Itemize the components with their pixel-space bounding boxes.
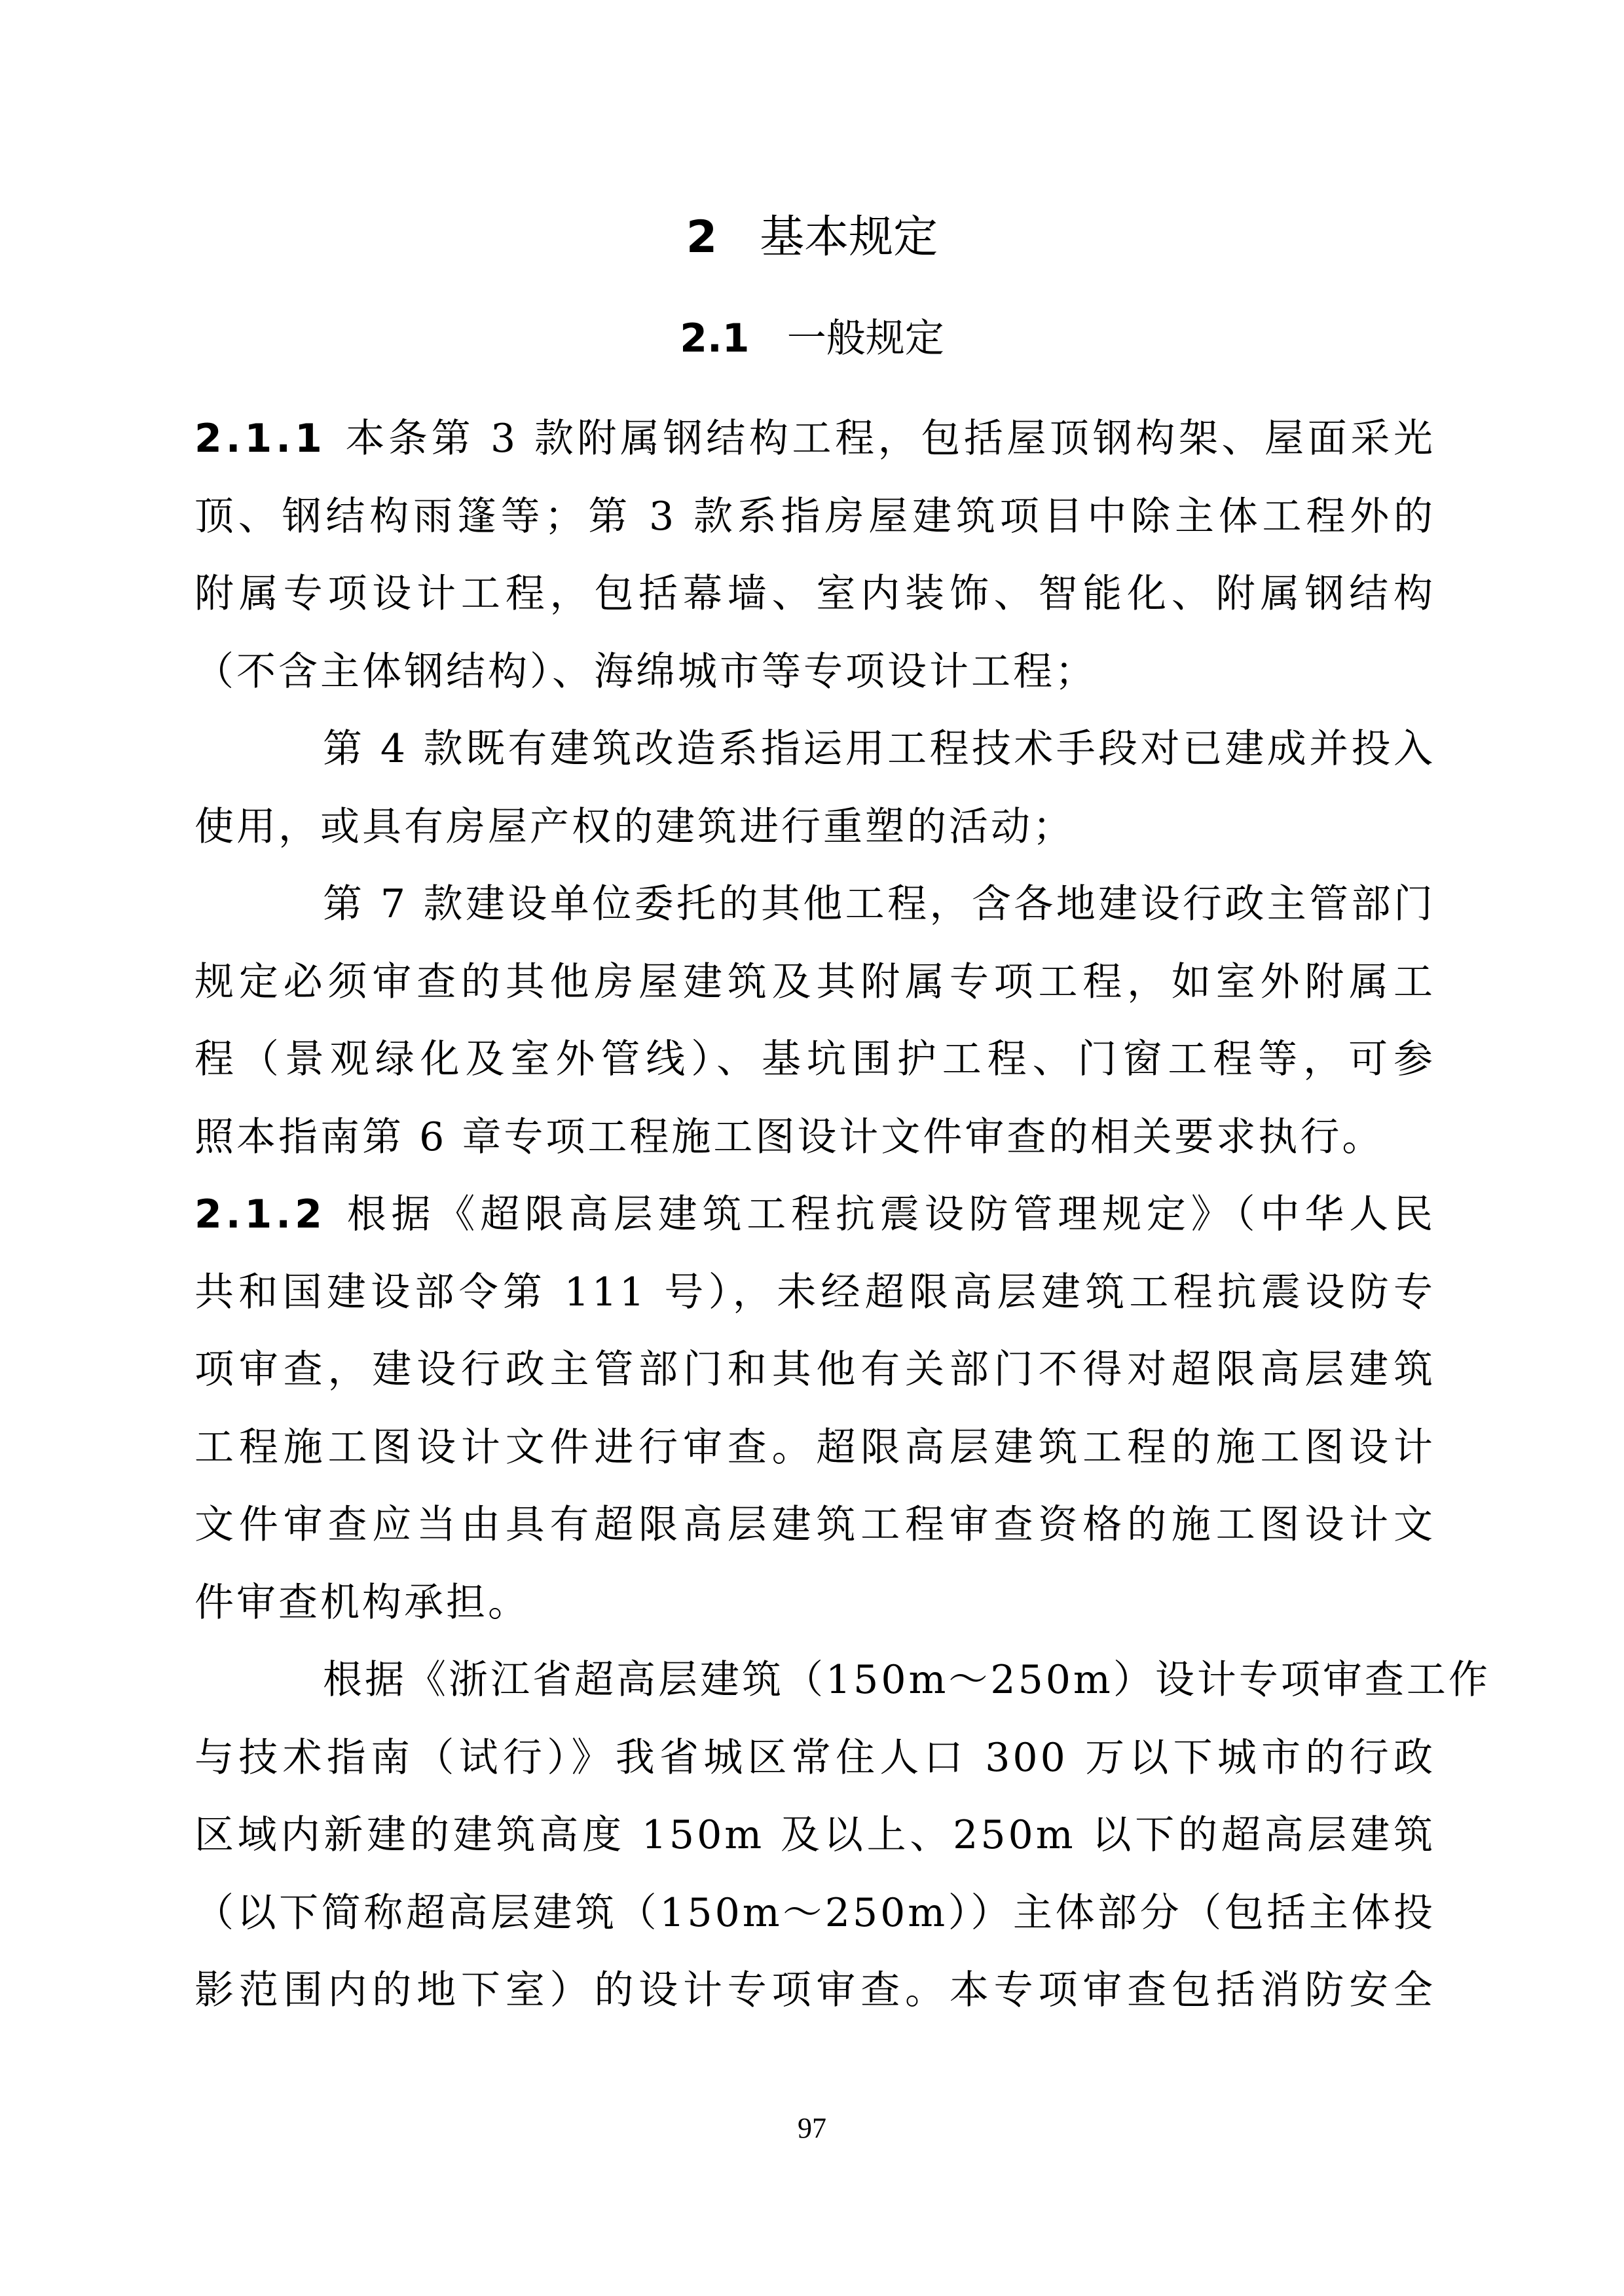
line-text: 附属专项设计工程，包括幕墙、室内装饰、智能化、附属钢结构 <box>194 571 1435 617</box>
line-text: （不含主体钢结构）、海绵城市等专项设计工程； <box>194 649 1097 695</box>
line-text: 第 4 款既有建筑改造系指运用工程技术手段对已建成并投入 <box>323 726 1435 772</box>
text-line: （以下简称超高层建筑（150m～250m））主体部分（包括主体投 <box>194 1884 1435 1961</box>
text-line: 2.1.2根据《超限高层建筑工程抗震设防管理规定》（中华人民 <box>194 1185 1435 1263</box>
chapter-number: 2 <box>686 211 717 263</box>
text-line: 共和国建设部令第 111 号），未经超限高层建筑工程抗震设防专 <box>194 1263 1435 1341</box>
text-line: 文件审查应当由具有超限高层建筑工程审查资格的施工图设计文 <box>194 1495 1435 1573</box>
page-number: 97 <box>0 2111 1624 2145</box>
text-line: 项审查，建设行政主管部门和其他有关部门不得对超限高层建筑 <box>194 1340 1435 1418</box>
text-line: 照本指南第 6 章专项工程施工图设计文件审查的相关要求执行。 <box>194 1108 1435 1186</box>
line-text: 规定必须审查的其他房屋建筑及其附属专项工程，如室外附属工 <box>194 959 1435 1005</box>
text-line: 规定必须审查的其他房屋建筑及其附属专项工程，如室外附属工 <box>194 953 1435 1030</box>
text-line: 根据《浙江省超高层建筑（150m～250m）设计专项审查工作 <box>194 1650 1435 1728</box>
line-text: 与技术指南（试行）》我省城区常住人口 300 万以下城市的行政 <box>194 1735 1435 1781</box>
text-line: 工程施工图设计文件进行审查。超限高层建筑工程的施工图设计 <box>194 1418 1435 1496</box>
chapter-heading: 2 基本规定 <box>0 208 1624 267</box>
line-text: 根据《浙江省超高层建筑（150m～250m）设计专项审查工作 <box>323 1657 1490 1703</box>
text-line: 使用，或具有房屋产权的建筑进行重塑的活动； <box>194 797 1435 875</box>
line-text: 第 7 款建设单位委托的其他工程，含各地建设行政主管部门 <box>323 881 1435 927</box>
text-line: 程（景观绿化及室外管线）、基坑围护工程、门窗工程等，可参 <box>194 1030 1435 1108</box>
section-number: 2.1 <box>680 316 749 361</box>
text-line: 2.1.1本条第 3 款附属钢结构工程，包括屋顶钢构架、屋面采光 <box>194 409 1435 487</box>
section-title-text: 一般规定 <box>787 316 944 361</box>
line-text: 使用，或具有房屋产权的建筑进行重塑的活动； <box>194 804 1075 850</box>
line-text: 件审查机构承担。 <box>194 1580 530 1626</box>
text-line: 顶、钢结构雨篷等；第 3 款系指房屋建筑项目中除主体工程外的 <box>194 487 1435 565</box>
text-line: 第 4 款既有建筑改造系指运用工程技术手段对已建成并投入 <box>194 720 1435 797</box>
text-line: 区域内新建的建筑高度 150m 及以上、250m 以下的超高层建筑 <box>194 1806 1435 1884</box>
clause-number: 2.1.1 <box>194 416 326 462</box>
line-text: 照本指南第 6 章专项工程施工图设计文件审查的相关要求执行。 <box>194 1114 1384 1160</box>
line-text: 文件审查应当由具有超限高层建筑工程审查资格的施工图设计文 <box>194 1502 1435 1548</box>
section-heading: 2.1 一般规定 <box>0 309 1624 368</box>
line-text: 工程施工图设计文件进行审查。超限高层建筑工程的施工图设计 <box>194 1425 1435 1470</box>
text-line: （不含主体钢结构）、海绵城市等专项设计工程； <box>194 642 1435 720</box>
line-text: 影范围内的地下室）的设计专项审查。本专项审查包括消防安全 <box>194 1967 1435 2013</box>
text-line: 件审查机构承担。 <box>194 1573 1435 1651</box>
text-line: 附属专项设计工程，包括幕墙、室内装饰、智能化、附属钢结构 <box>194 564 1435 642</box>
line-text: 本条第 3 款附属钢结构工程，包括屋顶钢构架、屋面采光 <box>344 416 1435 462</box>
line-text: （以下简称超高层建筑（150m～250m））主体部分（包括主体投 <box>194 1890 1435 1936</box>
chapter-title-text: 基本规定 <box>760 211 938 263</box>
text-line: 与技术指南（试行）》我省城区常住人口 300 万以下城市的行政 <box>194 1728 1435 1806</box>
line-text: 根据《超限高层建筑工程抗震设防管理规定》（中华人民 <box>344 1192 1435 1237</box>
text-line: 影范围内的地下室）的设计专项审查。本专项审查包括消防安全 <box>194 1961 1435 2039</box>
line-text: 程（景观绿化及室外管线）、基坑围护工程、门窗工程等，可参 <box>194 1036 1435 1082</box>
line-text: 顶、钢结构雨篷等；第 3 款系指房屋建筑项目中除主体工程外的 <box>194 494 1435 539</box>
line-text: 共和国建设部令第 111 号），未经超限高层建筑工程抗震设防专 <box>194 1269 1435 1315</box>
text-line: 第 7 款建设单位委托的其他工程，含各地建设行政主管部门 <box>194 875 1435 953</box>
clause-number: 2.1.2 <box>194 1192 326 1237</box>
line-text: 区域内新建的建筑高度 150m 及以上、250m 以下的超高层建筑 <box>194 1812 1435 1858</box>
line-text: 项审查，建设行政主管部门和其他有关部门不得对超限高层建筑 <box>194 1347 1435 1393</box>
body-text: 2.1.1本条第 3 款附属钢结构工程，包括屋顶钢构架、屋面采光 顶、钢结构雨篷… <box>194 409 1435 2039</box>
document-page: 2 基本规定 2.1 一般规定 2.1.1本条第 3 款附属钢结构工程，包括屋顶… <box>0 0 1624 2296</box>
